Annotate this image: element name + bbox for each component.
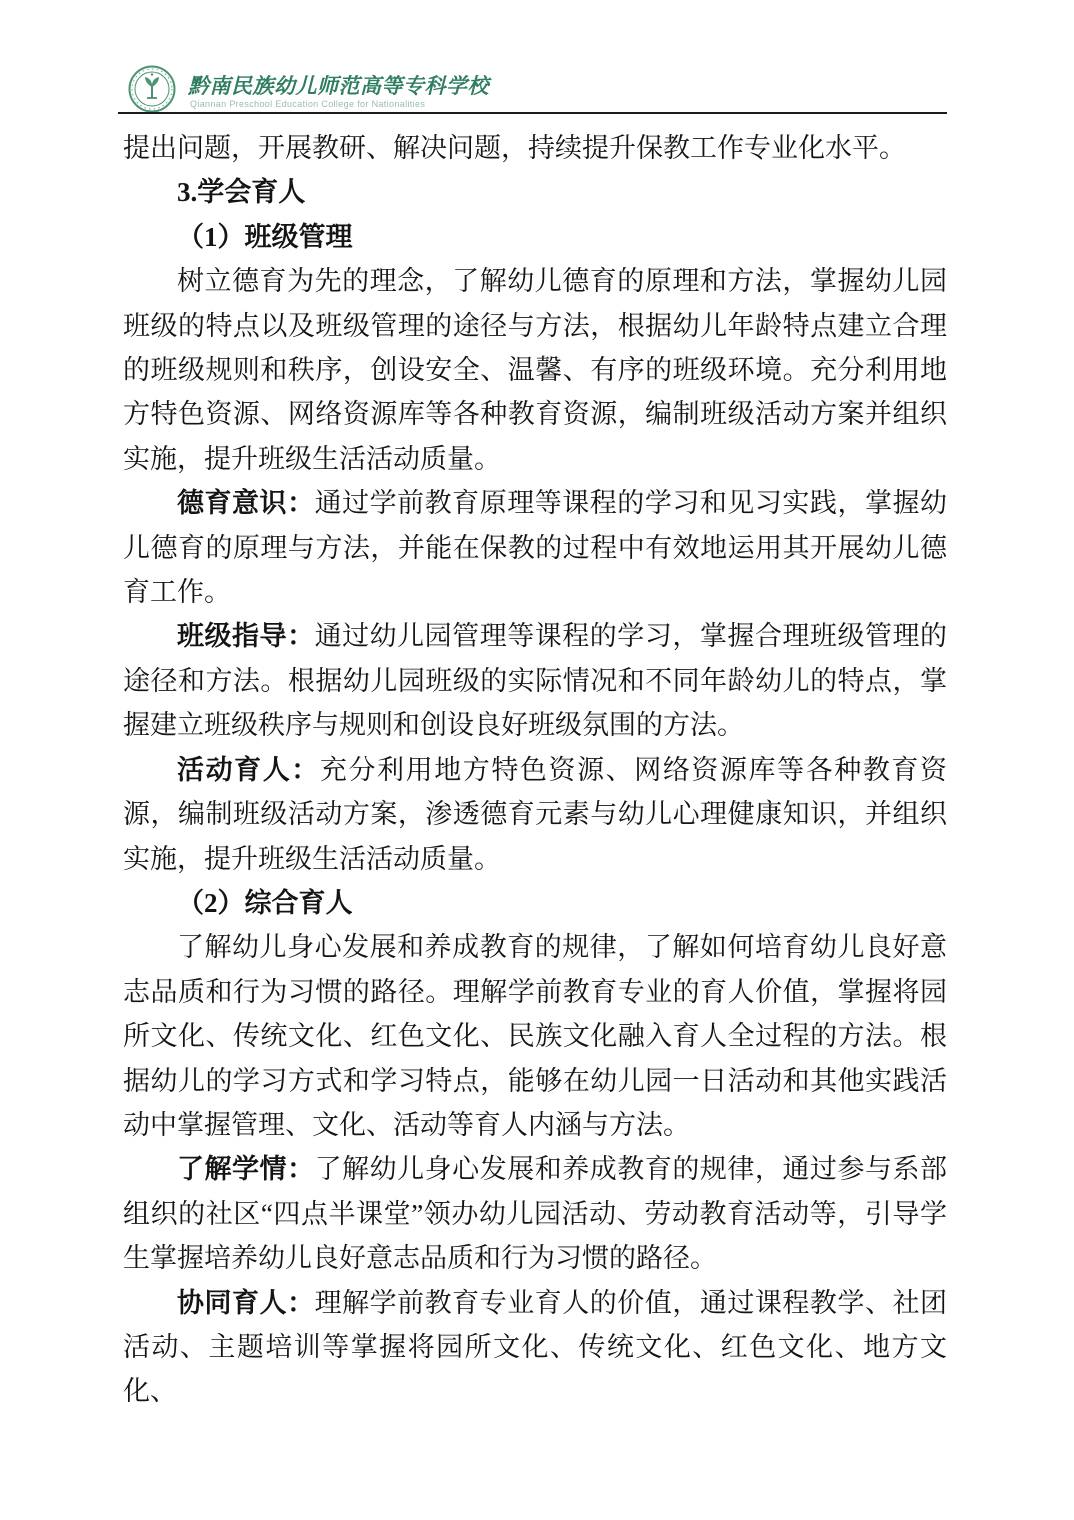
labeled-paragraph: 班级指导：通过幼儿园管理等课程的学习，掌握合理班级管理的途径和方法。根据幼儿园班… — [123, 614, 947, 747]
labeled-paragraph: 协同育人：理解学前教育专业育人的价值，通过课程教学、社团活动、主题培训等掌握将园… — [123, 1281, 947, 1414]
labeled-paragraph: 了解学情：了解幼儿身心发展和养成教育的规律，通过参与系部组织的社区“四点半课堂”… — [123, 1147, 947, 1280]
section-heading-text: （2）综合育人 — [177, 888, 353, 918]
section-heading: （2）综合育人 — [123, 881, 947, 925]
paragraph-lead-label: 协同育人： — [177, 1288, 315, 1318]
college-name-zh: 黔南民族幼儿师范高等专科学校 — [188, 70, 489, 100]
paragraph: 提出问题，开展教研、解决问题，持续提升保教工作专业化水平。 — [123, 126, 947, 170]
college-name-en: Qiannan Preschool Education College for … — [190, 99, 425, 109]
paragraph-text: 了解幼儿身心发展和养成教育的规律，了解如何培育幼儿良好意志品质和行为习惯的路径。… — [123, 932, 947, 1140]
paragraph-lead-label: 班级指导： — [177, 621, 315, 651]
college-seal-icon — [128, 65, 176, 113]
paragraph-lead-label: 了解学情： — [177, 1154, 315, 1184]
section-heading: （1）班级管理 — [123, 215, 947, 259]
section-heading-text: （1）班级管理 — [177, 222, 353, 252]
section-heading-text: 3.学会育人 — [177, 177, 305, 207]
paragraph-lead-label: 德育意识： — [177, 488, 315, 518]
paragraph-text: 提出问题，开展教研、解决问题，持续提升保教工作专业化水平。 — [123, 133, 906, 163]
header-divider — [118, 112, 947, 114]
document-page: 黔南民族幼儿师范高等专科学校 Qiannan Preschool Educati… — [0, 0, 1074, 1520]
labeled-paragraph: 活动育人：充分利用地方特色资源、网络资源库等各种教育资源，编制班级活动方案，渗透… — [123, 748, 947, 881]
paragraph-lead-label: 活动育人： — [177, 755, 320, 785]
paragraph: 了解幼儿身心发展和养成教育的规律，了解如何培育幼儿良好意志品质和行为习惯的路径。… — [123, 925, 947, 1147]
document-body: 提出问题，开展教研、解决问题，持续提升保教工作专业化水平。 3.学会育人 （1）… — [123, 126, 947, 1414]
paragraph: 树立德育为先的理念，了解幼儿德育的原理和方法，掌握幼儿园班级的特点以及班级管理的… — [123, 259, 947, 481]
section-heading: 3.学会育人 — [123, 170, 947, 214]
labeled-paragraph: 德育意识：通过学前教育原理等课程的学习和见习实践，掌握幼儿德育的原理与方法，并能… — [123, 481, 947, 614]
paragraph-text: 树立德育为先的理念，了解幼儿德育的原理和方法，掌握幼儿园班级的特点以及班级管理的… — [123, 266, 947, 474]
